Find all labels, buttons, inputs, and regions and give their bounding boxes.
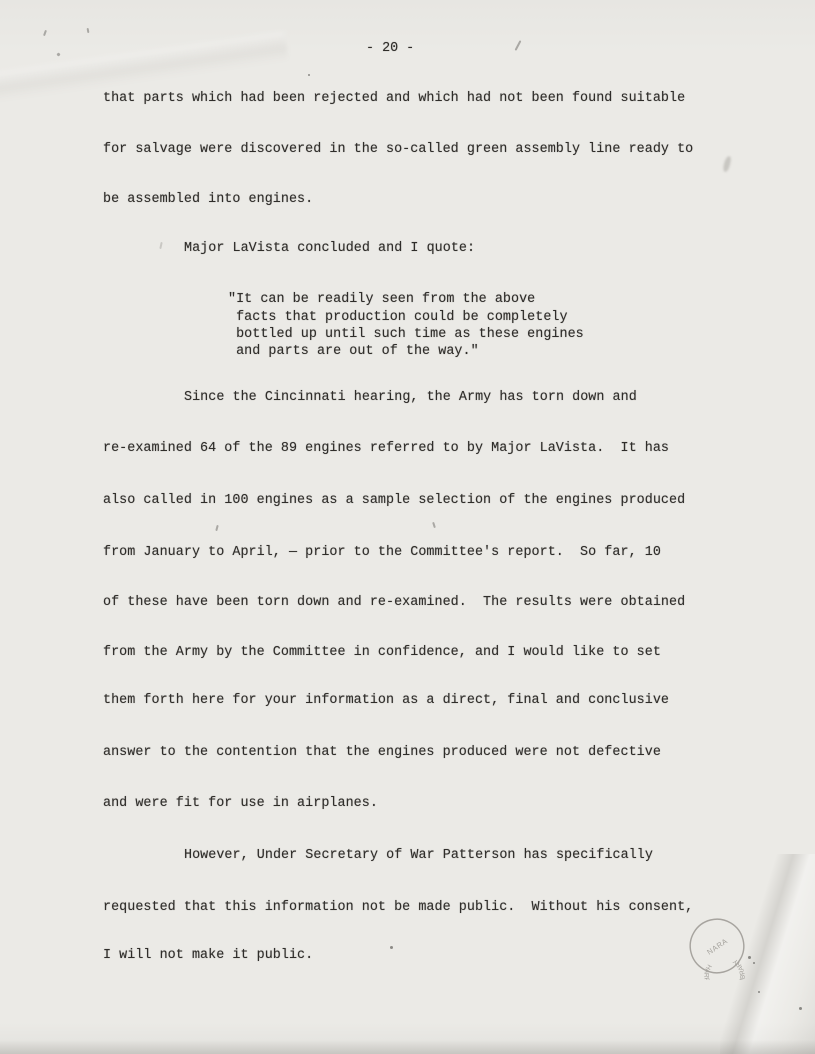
pencil-mark [43, 30, 47, 36]
typed-line: I will not make it public. [103, 948, 313, 963]
pencil-mark [515, 40, 522, 51]
svg-text:HARRY S. TRUMAN LIBRARY: HARRY S. TRUMAN LIBRARY [699, 954, 751, 980]
speck [758, 991, 760, 993]
paper-edge-shadow [0, 1040, 815, 1054]
typed-line: and were fit for use in airplanes. [103, 796, 378, 811]
document-page: - 20 - that parts which had been rejecte… [0, 0, 815, 1054]
quote-line: facts that production could be completel… [228, 310, 568, 325]
smudge-mark [722, 156, 732, 173]
truman-library-stamp-icon: HARRY S. TRUMAN LIBRARY NARA [683, 912, 751, 980]
quote-line: and parts are out of the way." [228, 344, 479, 359]
typed-line: for salvage were discovered in the so-ca… [103, 142, 693, 157]
stamp-ring-text: HARRY S. TRUMAN LIBRARY [699, 954, 751, 980]
stamp-center-text: NARA [705, 936, 729, 956]
pencil-mark [56, 52, 60, 56]
speck [308, 74, 310, 76]
speck [799, 1007, 802, 1010]
pencil-mark [87, 28, 90, 33]
typed-line: Since the Cincinnati hearing, the Army h… [184, 390, 637, 405]
typed-line: from January to April, — prior to the Co… [103, 545, 661, 560]
quote-line: "It can be readily seen from the above [228, 292, 535, 307]
typed-line: re-examined 64 of the 89 engines referre… [103, 441, 669, 456]
typed-line: from the Army by the Committee in confid… [103, 645, 661, 660]
typed-line: of these have been torn down and re-exam… [103, 595, 685, 610]
typed-line: answer to the contention that the engine… [103, 745, 661, 760]
page-number: - 20 - [366, 41, 414, 56]
typed-line: However, Under Secretary of War Patterso… [184, 848, 653, 863]
stray-apostrophe-mark [215, 525, 218, 531]
typed-line: that parts which had been rejected and w… [103, 91, 685, 106]
typed-line: Major LaVista concluded and I quote: [184, 241, 475, 256]
typed-line: them forth here for your information as … [103, 693, 669, 708]
typed-line: requested that this information not be m… [103, 900, 693, 915]
typed-line: be assembled into engines. [103, 192, 313, 207]
speck [390, 946, 393, 949]
speck [753, 962, 755, 964]
typed-line: also called in 100 engines as a sample s… [103, 493, 685, 508]
quote-line: bottled up until such time as these engi… [228, 327, 584, 342]
pencil-mark [159, 242, 162, 249]
stray-apostrophe-mark [432, 522, 436, 528]
